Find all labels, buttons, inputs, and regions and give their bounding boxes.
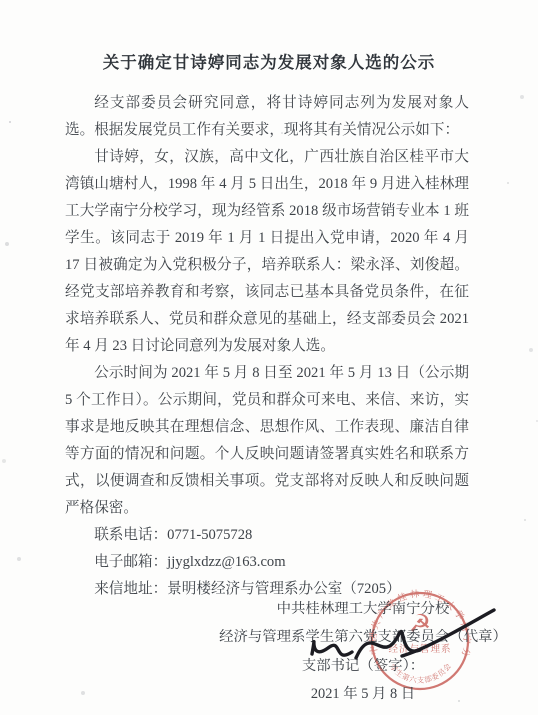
contact-phone-line: 联系电话：0771-5075728 <box>65 522 469 549</box>
paragraph-candidate-info: 甘诗婷，女，汉族，高中文化，广西壮族自治区桂平市大湾镇山塘村人，1998 年 4… <box>65 144 469 360</box>
scan-speckles <box>9 121 11 123</box>
document-title-text: 关于确定甘诗婷同志为发展对象人选的公示 <box>103 53 436 72</box>
document-title: 关于确定甘诗婷同志为发展对象人选的公示 <box>0 49 538 73</box>
document-body: 经支部委员会研究同意，将甘诗婷同志列为发展对象人选。根据发展党员工作有关要求，现… <box>65 90 469 603</box>
signature-stroke-1 <box>312 642 352 656</box>
contact-email-line: 电子邮箱：jjyglxdzz@163.com <box>65 549 469 576</box>
paragraph-intro: 经支部委员会研究同意，将甘诗婷同志列为发展对象人选。根据发展党员工作有关要求，现… <box>65 90 469 144</box>
signature-date: 2021 年 5 月 8 日 <box>216 680 510 708</box>
handwritten-signature <box>298 606 503 678</box>
paragraph-publicity-period: 公示时间为 2021 年 5 月 8 日至 2021 年 5 月 13 日（公示… <box>65 360 469 522</box>
contact-section: 联系电话：0771-5075728 电子邮箱：jjyglxdzz@163.com… <box>65 522 469 603</box>
signature-stroke-3 <box>402 610 494 656</box>
document-page: 关于确定甘诗婷同志为发展对象人选的公示 经支部委员会研究同意，将甘诗婷同志列为发… <box>0 0 538 715</box>
